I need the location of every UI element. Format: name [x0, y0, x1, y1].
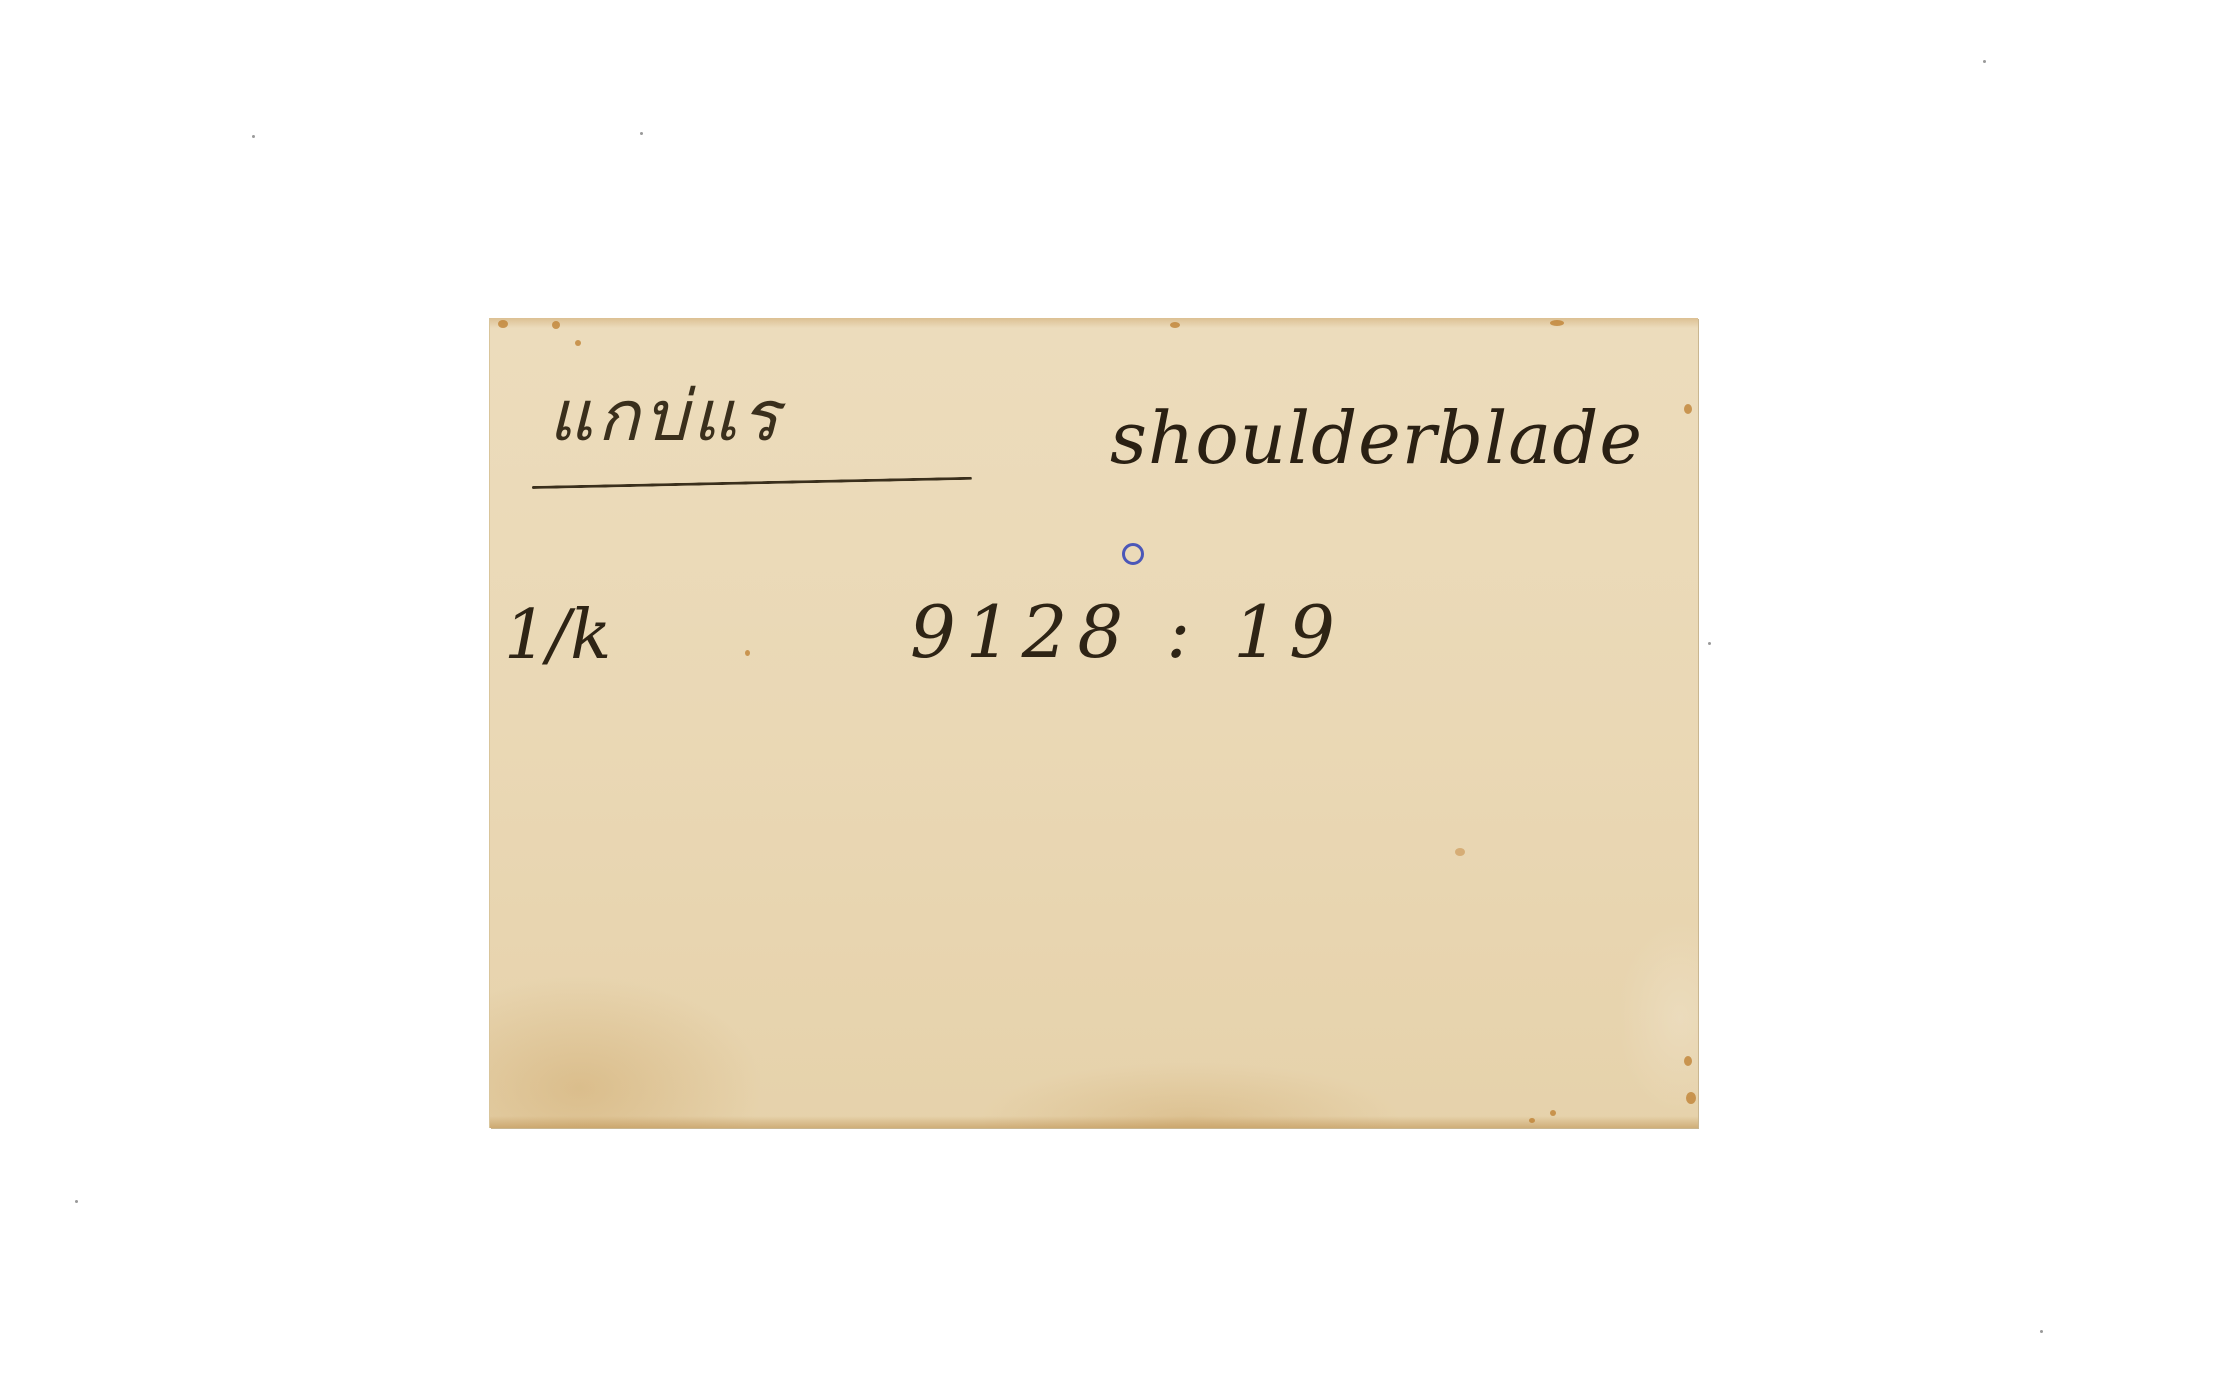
dust-speck	[252, 135, 255, 138]
foxing-spot	[1455, 848, 1465, 856]
foxing-spot	[552, 321, 560, 329]
headword-underline	[532, 477, 972, 489]
card-bottom-edge-stain	[490, 1116, 1698, 1128]
english-translation: shoulderblade	[1110, 396, 1643, 480]
foxing-spot	[1529, 1118, 1535, 1123]
dust-speck	[640, 132, 643, 135]
dust-speck	[75, 1200, 78, 1203]
foxing-spot	[1170, 322, 1180, 328]
foxing-spot	[498, 320, 508, 328]
blue-pencil-mark	[1122, 543, 1144, 565]
dust-speck	[2040, 1330, 2043, 1333]
foxing-spot	[1550, 320, 1564, 326]
foxing-spot	[1684, 404, 1692, 414]
dust-speck	[1983, 60, 1986, 63]
index-card: แกบ่แร shoulderblade 1/k 9128 : 19	[490, 318, 1698, 1128]
volume-marker: 1/k	[504, 596, 611, 675]
foxing-spot	[745, 650, 750, 656]
headword-thai: แกบ่แร	[548, 360, 783, 471]
dust-speck	[1708, 642, 1711, 645]
card-top-edge-stain	[490, 318, 1698, 328]
foxing-spot	[1550, 1110, 1556, 1116]
foxing-spot	[1684, 1056, 1692, 1066]
foxing-spot	[575, 340, 581, 346]
reference-number: 9128 : 19	[910, 590, 1345, 674]
foxing-spot	[1686, 1092, 1696, 1104]
